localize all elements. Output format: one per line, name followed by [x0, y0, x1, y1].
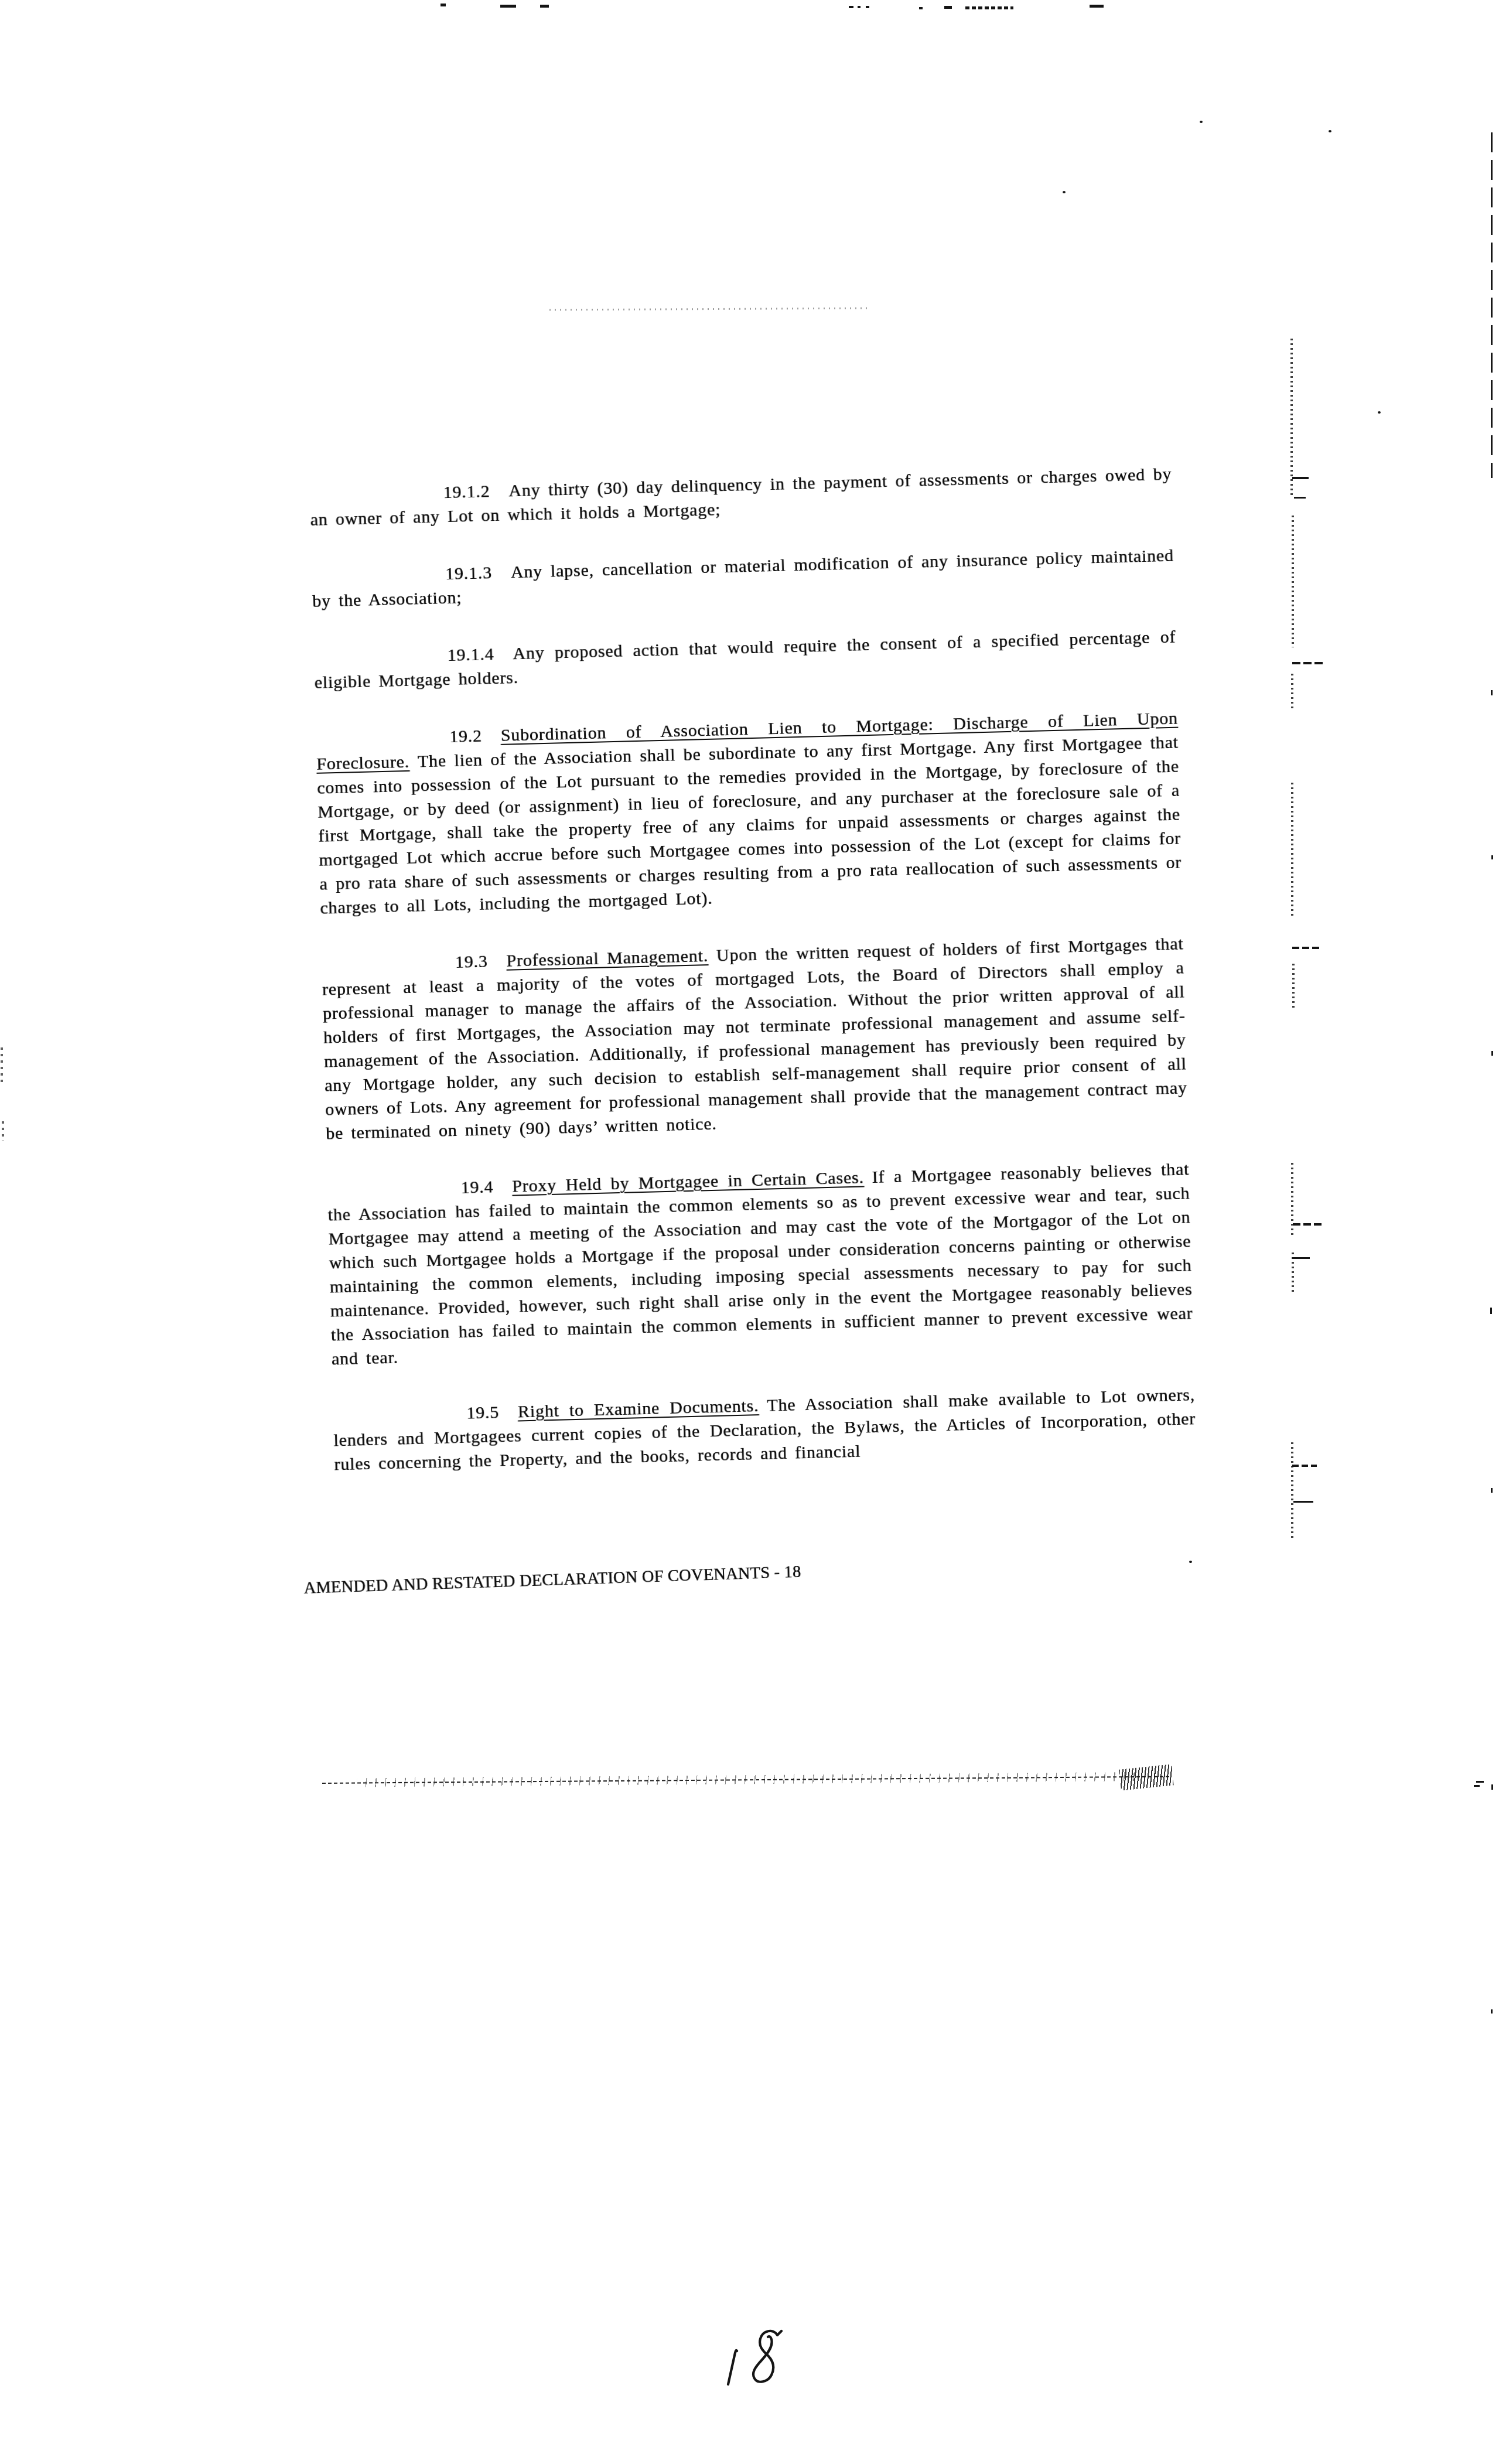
scan-artifact-top-dash	[866, 6, 869, 8]
scan-artifact-top-dash	[858, 6, 861, 8]
section-number: 19.1.3	[445, 563, 493, 583]
scan-artifact-left-noise	[2, 1121, 4, 1141]
paragraph-body: Any proposed action that would require t…	[314, 627, 1176, 692]
scan-artifact-top-dash	[965, 6, 1013, 9]
document-text-block: 19.1.2Any thirty (30) day delinquency in…	[309, 462, 1196, 1477]
section-number: 19.3	[455, 952, 488, 972]
scan-artifact-edge-dot	[1491, 2009, 1493, 2013]
scan-artifact-right-dash	[1294, 497, 1306, 499]
section-number: 19.2	[449, 726, 483, 746]
paragraph-19-2: 19.2Subordination of Association Lien to…	[316, 707, 1183, 920]
scan-artifact-top-dash	[944, 6, 952, 9]
paragraph-19-1-4: 19.1.4Any proposed action that would req…	[313, 625, 1177, 695]
paragraph-body: Any lapse, cancellation or material modi…	[312, 546, 1174, 611]
scan-artifact-right-noise	[1291, 1442, 1293, 1539]
section-title: Proxy Held by Mortgagee in Certain Cases…	[512, 1168, 864, 1196]
scan-artifact-top-dash	[919, 7, 923, 9]
scan-artifact-edge-dot	[1491, 1784, 1493, 1790]
scan-artifact-scratch-line	[322, 1772, 1172, 1788]
scan-artifact-page-edge-line	[1491, 132, 1493, 478]
scan-artifact-right-tick	[1476, 1781, 1484, 1783]
scan-artifact-edge-dot	[1491, 1051, 1493, 1056]
paragraph-19-4: 19.4Proxy Held by Mortgagee in Certain C…	[327, 1157, 1194, 1371]
paragraph-19-3: 19.3Professional Management.Upon the wri…	[321, 931, 1188, 1145]
scan-artifact-right-noise	[1290, 339, 1293, 496]
scan-artifact-right-dash	[1292, 947, 1320, 949]
scan-artifact-right-dash	[1292, 1257, 1310, 1259]
scan-artifact-right-noise	[1292, 964, 1295, 1008]
scan-artifact-top-dash	[540, 5, 549, 8]
scan-artifact-right-noise	[1291, 783, 1293, 917]
scan-artifact-top-dash	[1090, 5, 1104, 8]
scan-artifact-left-noise	[1, 1047, 3, 1085]
scratch-line-ticks	[357, 1772, 1139, 1787]
paragraph-body: The Association shall make available to …	[333, 1385, 1196, 1474]
scan-artifact-edge-dot	[1490, 1308, 1492, 1314]
scan-artifact-top-dash	[441, 4, 446, 6]
scan-artifact-top-dash	[849, 6, 853, 8]
scan-artifact-speck	[1329, 130, 1331, 132]
section-title: Professional Management.	[506, 946, 708, 971]
handwritten-18-drawing	[716, 2321, 792, 2394]
scan-artifact-edge-dot	[1491, 1488, 1493, 1493]
scan-artifact-top-dash	[500, 5, 516, 8]
paragraph-body: Upon the written request of holders of f…	[322, 934, 1187, 1143]
scan-artifact-right-tick	[1474, 1785, 1480, 1787]
footer-text: AMENDED AND RESTATED DECLARATION OF COVE…	[303, 1562, 831, 1598]
section-number: 19.4	[460, 1177, 494, 1197]
scan-artifact-right-noise	[1291, 674, 1293, 709]
scan-artifact-speck	[1063, 191, 1066, 193]
handwritten-page-number	[716, 2321, 792, 2394]
scan-artifact-edge-dot	[1491, 855, 1493, 859]
paragraph-19-5: 19.5Right to Examine Documents.The Assoc…	[333, 1383, 1197, 1476]
paragraph-body: The lien of the Association shall be sub…	[317, 733, 1182, 918]
paragraph-body: Any thirty (30) day delinquency in the p…	[310, 465, 1172, 530]
scan-artifact-right-dash	[1292, 1465, 1317, 1467]
scan-artifact-edge-dot	[1491, 690, 1493, 695]
scan-artifact-right-noise	[1292, 516, 1294, 647]
scan-artifact-right-dash	[1293, 1501, 1313, 1503]
scan-artifact-right-dash	[1292, 662, 1324, 664]
paragraph-19-1-2: 19.1.2Any thirty (30) day delinquency in…	[309, 462, 1173, 532]
section-title: Right to Examine Documents.	[517, 1396, 759, 1421]
scan-artifact-dot-row	[549, 308, 869, 311]
scan-artifact-speck	[1200, 121, 1203, 123]
scanned-document-page: 19.1.2Any thirty (30) day delinquency in…	[0, 0, 1499, 2464]
scan-artifact-right-dash	[1292, 477, 1309, 479]
paragraph-19-1-3: 19.1.3Any lapse, cancellation or materia…	[312, 544, 1175, 613]
scan-artifact-right-dash	[1293, 1223, 1323, 1226]
scan-artifact-speck	[1189, 1561, 1192, 1563]
section-number: 19.5	[466, 1402, 500, 1422]
section-number: 19.1.2	[443, 482, 490, 502]
scan-artifact-speck	[1378, 411, 1381, 414]
section-number: 19.1.4	[447, 644, 494, 665]
paragraph-body: If a Mortgagee reasonably believes that …	[327, 1159, 1193, 1368]
scan-artifact-hatch-patch	[1119, 1764, 1173, 1790]
